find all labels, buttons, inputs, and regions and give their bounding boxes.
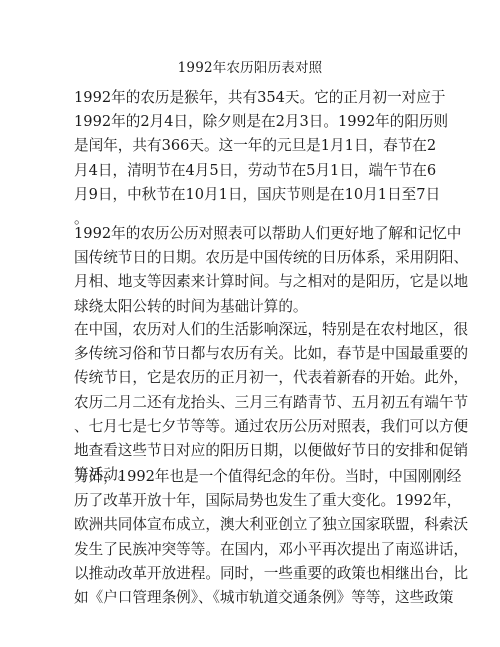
paragraph-4: 另外，1992年也是一个值得纪念的年份。当时，中国刚刚经 历了改革开放十年，国际… [74,465,434,610]
text-line: 多传统习俗和节日都与农历有关。比如，春节是中国最重要的 [74,342,434,366]
text-line: 发生了民族冲突等等。在国内，邓小平再次提出了南巡讲话， [74,538,434,562]
text-line: 如《户口管理条例》、《城市轨道交通条例》等等，这些政策 [74,586,434,610]
text-line: 欧洲共同体宣布成立，澳大利亚创立了独立国家联盟，科索沃 [74,513,434,537]
paragraph-3: 在中国，农历对人们的生活影响深远，特别是在农村地区，很 多传统习俗和节日都与农历… [74,318,434,487]
document-title: 1992年农历阳历表对照 [0,59,500,77]
text-line: 月9日，中秋节在10月1日，国庆节则是在10月1日至7日 [74,183,434,207]
text-line: 历了改革开放十年，国际局势也发生了重大变化。1992年， [74,489,434,513]
paragraph-1: 1992年的农历是猴年，共有354天。它的正月初一对应于 1992年的2月4日，… [74,86,434,229]
text-line: 农历二月二还有龙抬头、三月三有踏青节、五月初五有端午节 [74,391,434,415]
text-line: 、七月七是七夕节等等。通过农历公历对照表，我们可以方便 [74,415,434,439]
text-line: 1992年的2月4日，除夕则是在2月3日。1992年的阳历则 [74,110,434,134]
text-line: 另外，1992年也是一个值得纪念的年份。当时，中国刚刚经 [74,465,434,489]
text-line: 球绕太阳公转的时间为基础计算的。 [74,295,434,319]
text-line: 1992年的农历公历对照表可以帮助人们更好地了解和记忆中 [74,222,434,246]
text-line: 国传统节日的日期。农历是中国传统的日历体系，采用阴阳、 [74,246,434,270]
paragraph-2: 1992年的农历公历对照表可以帮助人们更好地了解和记忆中 国传统节日的日期。农历… [74,222,434,319]
text-line: 月4日，清明节在4月5日，劳动节在5月1日，端午节在6 [74,159,434,183]
text-line: 地查看这些节日对应的阳历日期，以便做好节日的安排和促销 [74,439,434,463]
text-line: 传统节日，它是农历的正月初一，代表着新春的开始。此外， [74,366,434,390]
text-line: 以推动改革开放进程。同时，一些重要的政策也相继出台，比 [74,562,434,586]
document-page: 1992年农历阳历表对照 1992年的农历是猴年，共有354天。它的正月初一对应… [0,0,500,647]
text-line: 1992年的农历是猴年，共有354天。它的正月初一对应于 [74,86,434,110]
text-line: 是闰年，共有366天。这一年的元旦是1月1日，春节在2 [74,134,434,158]
text-line: 在中国，农历对人们的生活影响深远，特别是在农村地区，很 [74,318,434,342]
text-line: 月相、地支等因素来计算时间。与之相对的是阳历，它是以地 [74,270,434,294]
